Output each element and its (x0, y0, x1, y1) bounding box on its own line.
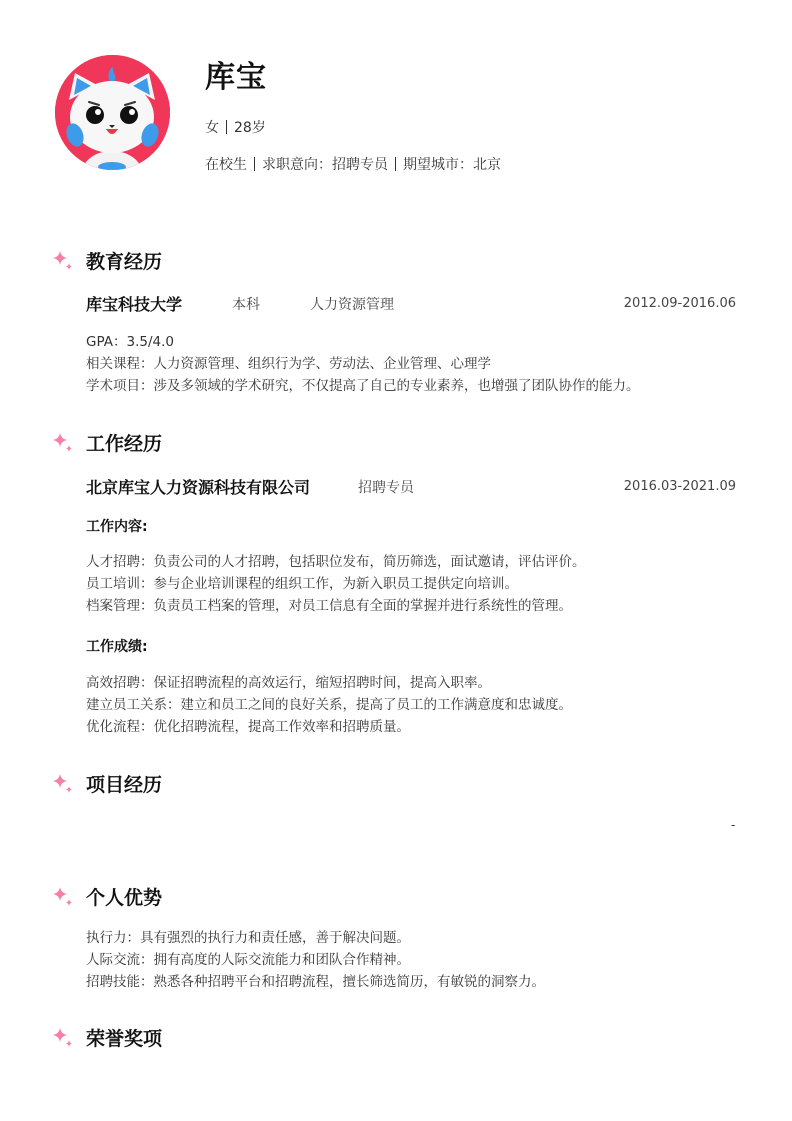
candidate-name: 库宝 (205, 52, 267, 96)
strength-item: 执行力：具有强烈的执行力和责任感，善于解决问题。 (86, 927, 545, 949)
divider (254, 157, 255, 171)
section-strengths: 个人优势 (52, 883, 162, 910)
section-title: 教育经历 (86, 247, 162, 274)
divider (226, 120, 227, 134)
section-title: 工作经历 (86, 429, 162, 456)
section-education: 教育经历 (52, 247, 162, 274)
company-name: 北京库宝人力资源科技有限公司 (86, 475, 310, 498)
section-honors: 荣誉奖项 (52, 1024, 162, 1051)
sparkle-icon (52, 886, 74, 908)
strengths-list: 执行力：具有强烈的执行力和责任感，善于解决问题。 人际交流：拥有高度的人际交流能… (86, 927, 545, 993)
sparkle-icon (52, 773, 74, 795)
gpa: GPA：3.5/4.0 (86, 331, 640, 353)
school-name: 库宝科技大学 (86, 292, 182, 315)
section-title: 荣誉奖项 (86, 1024, 162, 1051)
work-achievements-title: 工作成绩: (86, 636, 148, 656)
duty-item: 档案管理：负责员工档案的管理，对员工信息有全面的掌握并进行系统性的管理。 (86, 595, 586, 617)
section-title: 项目经历 (86, 770, 162, 797)
expected-city: 期望城市：北京 (403, 154, 501, 174)
gender: 女 (205, 117, 219, 137)
work-content-title: 工作内容: (86, 516, 148, 536)
strength-item: 招聘技能：熟悉各种招聘平台和招聘流程，擅长筛选简历，有敏锐的洞察力。 (86, 971, 545, 993)
sparkle-icon (52, 432, 74, 454)
status: 在校生 (205, 154, 247, 174)
divider (395, 157, 396, 171)
duty-item: 员工培训：参与企业培训课程的组织工作，为新入职员工提供定向培训。 (86, 573, 586, 595)
job-info: 在校生 求职意向：招聘专员 期望城市：北京 (205, 154, 501, 174)
project-placeholder: - (731, 818, 735, 832)
sparkle-icon (52, 250, 74, 272)
work-entry: 北京库宝人力资源科技有限公司 招聘专员 2016.03-2021.09 (86, 475, 736, 498)
academic-project: 学术项目：涉及多领域的学术研究，不仅提高了自己的专业素养，也增强了团队协作的能力… (86, 375, 640, 397)
basic-info: 女 28岁 (205, 117, 266, 137)
work-date: 2016.03-2021.09 (624, 479, 736, 494)
avatar (55, 55, 170, 170)
work-content: 人才招聘：负责公司的人才招聘，包括职位发布，简历筛选，面试邀请，评估评价。 员工… (86, 551, 586, 617)
degree: 本科 (232, 294, 260, 314)
courses: 相关课程：人力资源管理、组织行为学、劳动法、企业管理、心理学 (86, 353, 640, 375)
achievement-item: 优化流程：优化招聘流程，提高工作效率和招聘质量。 (86, 716, 572, 738)
work-achievements: 高效招聘：保证招聘流程的高效运行，缩短招聘时间，提高入职率。 建立员工关系：建立… (86, 672, 572, 738)
section-title: 个人优势 (86, 883, 162, 910)
duty-item: 人才招聘：负责公司的人才招聘，包括职位发布，简历筛选，面试邀请，评估评价。 (86, 551, 586, 573)
education-details: GPA：3.5/4.0 相关课程：人力资源管理、组织行为学、劳动法、企业管理、心… (86, 331, 640, 397)
strength-item: 人际交流：拥有高度的人际交流能力和团队合作精神。 (86, 949, 545, 971)
achievement-item: 建立员工关系：建立和员工之间的良好关系，提高了员工的工作满意度和忠诚度。 (86, 694, 572, 716)
job-intent: 求职意向：招聘专员 (262, 154, 388, 174)
section-work: 工作经历 (52, 429, 162, 456)
sparkle-icon (52, 1027, 74, 1049)
major: 人力资源管理 (310, 294, 394, 314)
section-projects: 项目经历 (52, 770, 162, 797)
education-date: 2012.09-2016.06 (624, 296, 736, 311)
cat-mascot-icon (55, 55, 170, 170)
position: 招聘专员 (358, 477, 414, 497)
age: 28岁 (234, 117, 266, 137)
education-entry: 库宝科技大学 本科 人力资源管理 2012.09-2016.06 (86, 292, 736, 315)
achievement-item: 高效招聘：保证招聘流程的高效运行，缩短招聘时间，提高入职率。 (86, 672, 572, 694)
